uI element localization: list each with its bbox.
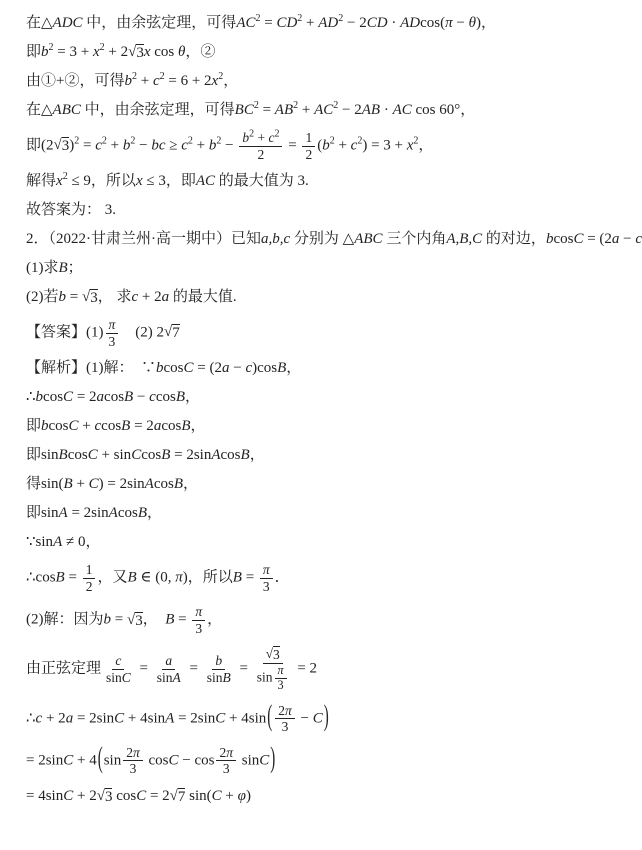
math-operator: cos	[101, 418, 121, 434]
math-operator: + 2	[138, 289, 161, 305]
radical-sign: √	[97, 788, 105, 805]
math-operator: = 2	[146, 788, 169, 804]
math-operator: + 2	[73, 788, 96, 804]
math-operator: ≤ 9	[68, 173, 91, 189]
text-run: 的最大值为 3.	[215, 173, 309, 189]
math-line: 在△ADC 中，由余弦定理，可得AC2 = CD2 + AD2 − 2CD · …	[26, 14, 620, 34]
math-line: 由①+②，可得b2 + c2 = 6 + 2x2，	[26, 72, 620, 92]
math-line: 故答案为： 3.	[26, 201, 620, 221]
math-variable: C	[63, 389, 73, 405]
math-operator: ≤ 3	[143, 173, 166, 189]
math-line: 得sin(B + C) = 2sinAcosB，	[26, 475, 620, 495]
math-operator: +	[107, 137, 123, 153]
text-run: 即	[26, 505, 41, 521]
math-variable: c	[635, 231, 642, 247]
math-line: 【答案】(1)π3 (2) 2√7	[26, 317, 620, 349]
text-run: ，	[460, 102, 475, 118]
math-variable: A	[211, 447, 220, 463]
big-paren: )	[270, 741, 275, 781]
math-operator: 3	[130, 761, 137, 776]
radical-sign: √	[164, 324, 172, 341]
math-operator: = 2	[294, 661, 317, 677]
math-line: ∴cosB = 12，又B ∈ (0, π)，所以B = π3．	[26, 562, 620, 594]
math-operator: = 2sin	[174, 710, 215, 726]
math-operator: cos	[145, 752, 169, 768]
math-variable: c	[149, 389, 156, 405]
math-variable: B	[59, 447, 68, 463]
math-operator: 7	[172, 325, 180, 341]
radical-sign: √	[266, 646, 273, 662]
math-operator: −	[221, 137, 237, 153]
math-operator: cos	[43, 389, 63, 405]
math-variable: C	[573, 231, 583, 247]
math-operator: cos	[68, 447, 88, 463]
text-run: (1)求	[26, 260, 59, 276]
numerator: 2π	[216, 745, 236, 762]
math-operator: +	[193, 137, 209, 153]
math-variable: C	[313, 710, 323, 726]
math-variable: b	[104, 612, 112, 628]
math-line: 由正弦定理csinC = asinA = bsinB = √3sinπ3 = 2	[26, 646, 620, 692]
text-run: 即	[26, 418, 41, 434]
math-operator: 2	[86, 579, 93, 594]
text-run: 的对边，	[482, 231, 546, 247]
radical-sign: √	[170, 788, 178, 805]
math-operator: cos	[164, 360, 184, 376]
math-variable: b	[41, 418, 49, 434]
math-operator: sin	[41, 447, 59, 463]
math-operator: ) = 3 +	[362, 137, 406, 153]
fraction: 2π3	[216, 745, 236, 777]
math-operator: sin(	[185, 788, 211, 804]
radical-sign: √	[127, 612, 135, 629]
math-variable: b	[41, 44, 49, 60]
math-variable: x	[56, 173, 63, 189]
math-operator: − 2	[343, 15, 366, 31]
text-run: ∴	[26, 570, 36, 586]
math-variable: c	[181, 137, 188, 153]
math-operator: + 4sin	[124, 710, 165, 726]
math-operator: =	[236, 661, 252, 677]
math-operator: 3	[273, 647, 280, 662]
math-variable: C	[212, 788, 222, 804]
square-root: √3	[127, 612, 143, 630]
text-run: ．	[275, 570, 290, 586]
text-run: 中，由余弦定理，可得	[83, 15, 237, 31]
radicand: 3	[136, 44, 144, 62]
math-line: ∵sinA ≠ 0，	[26, 533, 620, 553]
math-line: 即b2 = 3 + x2 + 2√3x cos θ，②	[26, 43, 620, 63]
math-operator: −	[453, 15, 469, 31]
denominator: sinC	[103, 670, 134, 686]
math-variable: C	[215, 710, 225, 726]
math-line: 【解析】(1)解： ∵bcosC = (2a − c)cosB，	[26, 359, 620, 379]
math-operator: sin	[207, 670, 223, 685]
math-variable: AC	[196, 173, 215, 189]
math-variable: C	[184, 360, 194, 376]
math-operator: ≥	[166, 137, 182, 153]
text-run: (2)若	[26, 289, 59, 305]
math-variable: x	[93, 44, 100, 60]
math-operator: =	[174, 612, 190, 628]
math-variable: B	[127, 570, 136, 586]
text-run: ，所以	[91, 173, 136, 189]
math-variable: π	[175, 570, 183, 586]
math-variable: a,b,c	[261, 231, 290, 247]
math-operator: 2	[258, 147, 265, 162]
fraction: π3	[106, 317, 119, 349]
math-operator: −	[619, 231, 635, 247]
math-operator: 3	[109, 334, 116, 349]
denominator: 3	[260, 579, 273, 595]
math-operator: = 2sin	[73, 710, 114, 726]
math-variable: C	[89, 476, 99, 492]
text-run: ，	[481, 15, 496, 31]
radical-sign: √	[54, 137, 62, 154]
numerator: π	[260, 562, 273, 579]
math-variable: A	[53, 534, 62, 550]
math-operator: )cos	[252, 360, 277, 376]
math-variable: C	[69, 418, 79, 434]
math-operator: = 2sin	[170, 447, 211, 463]
math-line: ∴c + 2a = 2sinC + 4sinA = 2sinC + 4sin(2…	[26, 703, 620, 735]
math-operator: sin	[36, 534, 54, 550]
math-variable: b	[36, 389, 44, 405]
radicand: 3	[135, 612, 143, 630]
square-root: √3	[54, 137, 70, 155]
math-variable: B	[64, 476, 73, 492]
text-run: 中，由余弦定理，可得	[81, 102, 235, 118]
denominator: 2	[83, 579, 96, 595]
numerator: π	[106, 317, 119, 334]
math-variable: π	[133, 745, 140, 760]
math-operator: =	[79, 137, 95, 153]
math-operator: 3	[263, 579, 270, 594]
math-operator: +	[137, 73, 153, 89]
math-variable: AD	[400, 15, 420, 31]
math-operator: 3	[195, 621, 202, 636]
math-operator: cos	[221, 447, 241, 463]
text-run: 由①+②，可得	[26, 73, 124, 89]
math-operator: − cos	[179, 752, 215, 768]
math-variable: CD	[276, 15, 297, 31]
math-operator: cos	[150, 44, 178, 60]
math-operator: +	[335, 137, 351, 153]
math-variable: AC	[393, 102, 412, 118]
text-run: 2．（2022·甘肃兰州·高一期中）已知	[26, 231, 261, 247]
math-variable: B	[241, 447, 250, 463]
math-operator: cos	[104, 389, 124, 405]
math-operator: cos	[112, 788, 136, 804]
math-operator: 3	[282, 719, 289, 734]
math-operator: cos	[161, 418, 181, 434]
square-root: √7	[170, 788, 186, 806]
math-operator: 2	[305, 147, 312, 162]
math-operator: +	[79, 418, 95, 434]
math-operator: =	[111, 612, 127, 628]
math-operator: 3	[135, 613, 143, 629]
text-run: ，②	[185, 44, 215, 60]
math-variable: ADC	[53, 15, 83, 31]
math-operator: = 2	[73, 389, 96, 405]
denominator: sinπ3	[254, 664, 292, 693]
math-variable: θ	[469, 15, 476, 31]
fraction: √3sinπ3	[254, 646, 292, 692]
numerator: √3	[263, 646, 283, 664]
radicand: 3	[90, 289, 98, 307]
math-variable: C	[114, 710, 124, 726]
math-operator: 3	[90, 290, 98, 306]
math-operator: sin	[238, 752, 259, 768]
math-variable: π	[445, 15, 453, 31]
math-variable: B	[124, 389, 133, 405]
square-root: √3	[82, 289, 98, 307]
square-root: √3	[97, 788, 113, 806]
text-run: 的最大值.	[169, 289, 237, 305]
text-run: 即	[26, 137, 41, 153]
math-variable: π	[285, 703, 292, 718]
math-line: 即bcosC + ccosB = 2acosB，	[26, 417, 620, 437]
text-run: 由正弦定理	[26, 661, 101, 677]
text-run: (2)	[120, 324, 156, 340]
math-operator: + 2	[42, 710, 65, 726]
math-operator: cos	[553, 231, 573, 247]
text-run: ，	[286, 360, 301, 376]
radicand: 3	[273, 646, 280, 663]
math-operator: sin	[41, 505, 59, 521]
numerator: 1	[302, 130, 315, 147]
fraction: π3	[275, 664, 287, 693]
math-operator: cos	[118, 505, 138, 521]
math-line: 在△ABC 中，由余弦定理，可得BC2 = AB2 + AC2 − 2AB · …	[26, 101, 620, 121]
text-run: ∴	[26, 389, 36, 405]
numerator: 2π	[123, 745, 143, 762]
math-operator: cos	[156, 389, 176, 405]
math-operator: ·	[388, 15, 401, 31]
math-operator: −	[297, 710, 313, 726]
numerator: 2π	[275, 703, 295, 720]
math-operator: ≠ 0	[62, 534, 85, 550]
fraction: 2π3	[275, 703, 295, 735]
math-operator: =	[260, 15, 276, 31]
math-operator: cos	[154, 476, 174, 492]
denominator: 3	[127, 761, 140, 777]
math-variable: a	[162, 289, 170, 305]
square-root: √3	[266, 646, 280, 663]
math-operator: =	[186, 661, 202, 677]
radicand: 7	[172, 324, 180, 342]
math-operator: =	[284, 137, 300, 153]
math-operator: −	[135, 137, 151, 153]
math-operator: cos	[49, 418, 69, 434]
math-variable: B	[138, 505, 147, 521]
text-run: ∴	[26, 710, 36, 726]
math-operator: +	[254, 130, 268, 145]
math-variable: a	[165, 653, 172, 668]
numerator: 1	[83, 562, 96, 579]
math-operator: −	[229, 360, 245, 376]
math-operator: +	[222, 788, 238, 804]
numerator: π	[192, 604, 205, 621]
math-variable: π	[195, 604, 202, 619]
math-variable: B	[174, 476, 183, 492]
math-operator: sin	[104, 752, 122, 768]
math-variable: π	[109, 317, 116, 332]
math-variable: C	[136, 788, 146, 804]
math-variable: AB	[275, 102, 293, 118]
math-line: (2)解：因为b = √3， B = π3，	[26, 604, 620, 636]
math-variable: b	[156, 360, 164, 376]
math-variable: π	[263, 562, 270, 577]
text-run: ，	[185, 389, 200, 405]
math-operator: 3	[136, 45, 144, 61]
text-run: (2)解：因为	[26, 612, 104, 628]
math-operator: sin	[157, 670, 173, 685]
math-operator: +	[73, 476, 89, 492]
text-run: ，	[250, 447, 265, 463]
text-run: ∵	[26, 534, 36, 550]
superscript: 2	[274, 129, 279, 140]
math-variable: B	[161, 447, 170, 463]
fraction: 12	[302, 130, 315, 162]
math-variable: BC	[235, 102, 254, 118]
math-operator: sin	[106, 670, 122, 685]
math-operator: = (2	[194, 360, 222, 376]
text-run: ，	[190, 418, 205, 434]
math-variable: B	[165, 612, 174, 628]
text-run: 解得	[26, 173, 56, 189]
math-operator: 3	[223, 761, 230, 776]
math-document: 在△ADC 中，由余弦定理，可得AC2 = CD2 + AD2 − 2CD · …	[0, 0, 642, 807]
text-run: 故答案为： 3.	[26, 202, 116, 218]
math-variable: c	[95, 137, 102, 153]
math-operator: =	[242, 570, 258, 586]
numerator: a	[162, 653, 175, 670]
math-operator: (2	[41, 137, 54, 153]
math-operator: 1	[86, 562, 93, 577]
math-variable: c	[115, 653, 121, 668]
math-line: 2．（2022·甘肃兰州·高一期中）已知a,b,c 分别为 △ABC 三个内角A…	[26, 230, 620, 250]
fraction: csinC	[103, 653, 134, 685]
math-line: = 4sinC + 2√3 cosC = 2√7 sin(C + φ)	[26, 787, 620, 807]
radical-sign: √	[128, 44, 136, 61]
math-variable: C	[168, 752, 178, 768]
math-variable: π	[226, 745, 233, 760]
math-operator: − 2	[338, 102, 361, 118]
denominator: 3	[106, 334, 119, 350]
math-operator: 2	[278, 703, 285, 718]
text-run: 即	[26, 447, 41, 463]
math-operator: cos 60°	[412, 102, 461, 118]
math-variable: b	[215, 653, 222, 668]
text-run: ， 求	[98, 289, 132, 305]
math-variable: CD	[367, 15, 388, 31]
math-operator: + sin	[98, 447, 131, 463]
math-variable: C	[122, 670, 131, 685]
math-variable: A	[145, 476, 154, 492]
math-variable: c	[153, 73, 160, 89]
math-operator: =	[65, 570, 81, 586]
math-variable: bc	[151, 137, 165, 153]
math-operator: cos	[36, 570, 56, 586]
math-operator: = 2sin	[68, 505, 109, 521]
math-operator: =	[259, 102, 275, 118]
math-operator: + 4	[73, 752, 96, 768]
math-variable: C	[131, 447, 141, 463]
math-operator: −	[133, 389, 149, 405]
math-variable: x	[136, 173, 143, 189]
fraction: 2π3	[123, 745, 143, 777]
math-operator: 3	[278, 678, 284, 692]
text-run: ；	[68, 260, 83, 276]
math-variable: C	[63, 752, 73, 768]
numerator: π	[275, 664, 287, 679]
math-operator: ·	[380, 102, 393, 118]
math-operator: )	[246, 788, 251, 804]
denominator: sinB	[204, 670, 234, 686]
text-run: ，所以	[188, 570, 233, 586]
text-run: ，又	[97, 570, 127, 586]
math-variable: AC	[314, 102, 333, 118]
math-variable: A	[173, 670, 181, 685]
math-operator: +	[298, 102, 314, 118]
text-run: 即	[26, 44, 41, 60]
text-run: ，即	[166, 173, 196, 189]
math-variable: C	[259, 752, 269, 768]
square-root: √3	[128, 44, 144, 62]
math-operator: sin(	[41, 476, 64, 492]
math-variable: C	[63, 788, 73, 804]
math-variable: b	[124, 73, 132, 89]
math-line: 解得x2 ≤ 9，所以x ≤ 3，即AC 的最大值为 3.	[26, 172, 620, 192]
fraction: π3	[192, 604, 205, 636]
math-operator: = 6 + 2	[165, 73, 212, 89]
math-line: 即sinA = 2sinAcosB，	[26, 504, 620, 524]
math-operator: = 2sin	[26, 752, 63, 768]
math-variable: A,B,C	[446, 231, 482, 247]
fraction: b2 + c22	[239, 130, 282, 162]
math-variable: AB	[362, 102, 380, 118]
denominator: 3	[192, 621, 205, 637]
math-variable: ABC	[354, 231, 382, 247]
math-operator: sin	[257, 669, 273, 684]
math-operator: = 3 +	[54, 44, 93, 60]
math-variable: π	[278, 663, 284, 677]
big-paren: (	[267, 699, 272, 739]
math-line: 即(2√3)2 = c2 + b2 − bc ≥ c2 + b2 − b2 + …	[26, 130, 620, 162]
math-operator: + 4sin	[225, 710, 266, 726]
text-run: 在△	[26, 15, 53, 31]
math-variable: B	[121, 418, 130, 434]
denominator: 3	[220, 761, 233, 777]
math-variable: b	[59, 289, 67, 305]
denominator: 3	[279, 719, 292, 735]
text-run: ，	[143, 612, 166, 628]
fraction: asinA	[154, 653, 184, 685]
math-operator: = 2	[130, 418, 153, 434]
radical-sign: √	[82, 289, 90, 306]
math-line: (2)若b = √3， 求c + 2a 的最大值.	[26, 288, 620, 308]
math-operator: 2	[157, 324, 165, 340]
math-operator: + 2	[105, 44, 128, 60]
text-run: ，	[207, 612, 222, 628]
numerator: b2 + c2	[239, 130, 282, 147]
big-paren: )	[324, 699, 329, 739]
fraction: bsinB	[204, 653, 234, 685]
math-variable: B	[59, 260, 68, 276]
math-variable: A	[165, 710, 174, 726]
math-variable: ABC	[53, 102, 81, 118]
